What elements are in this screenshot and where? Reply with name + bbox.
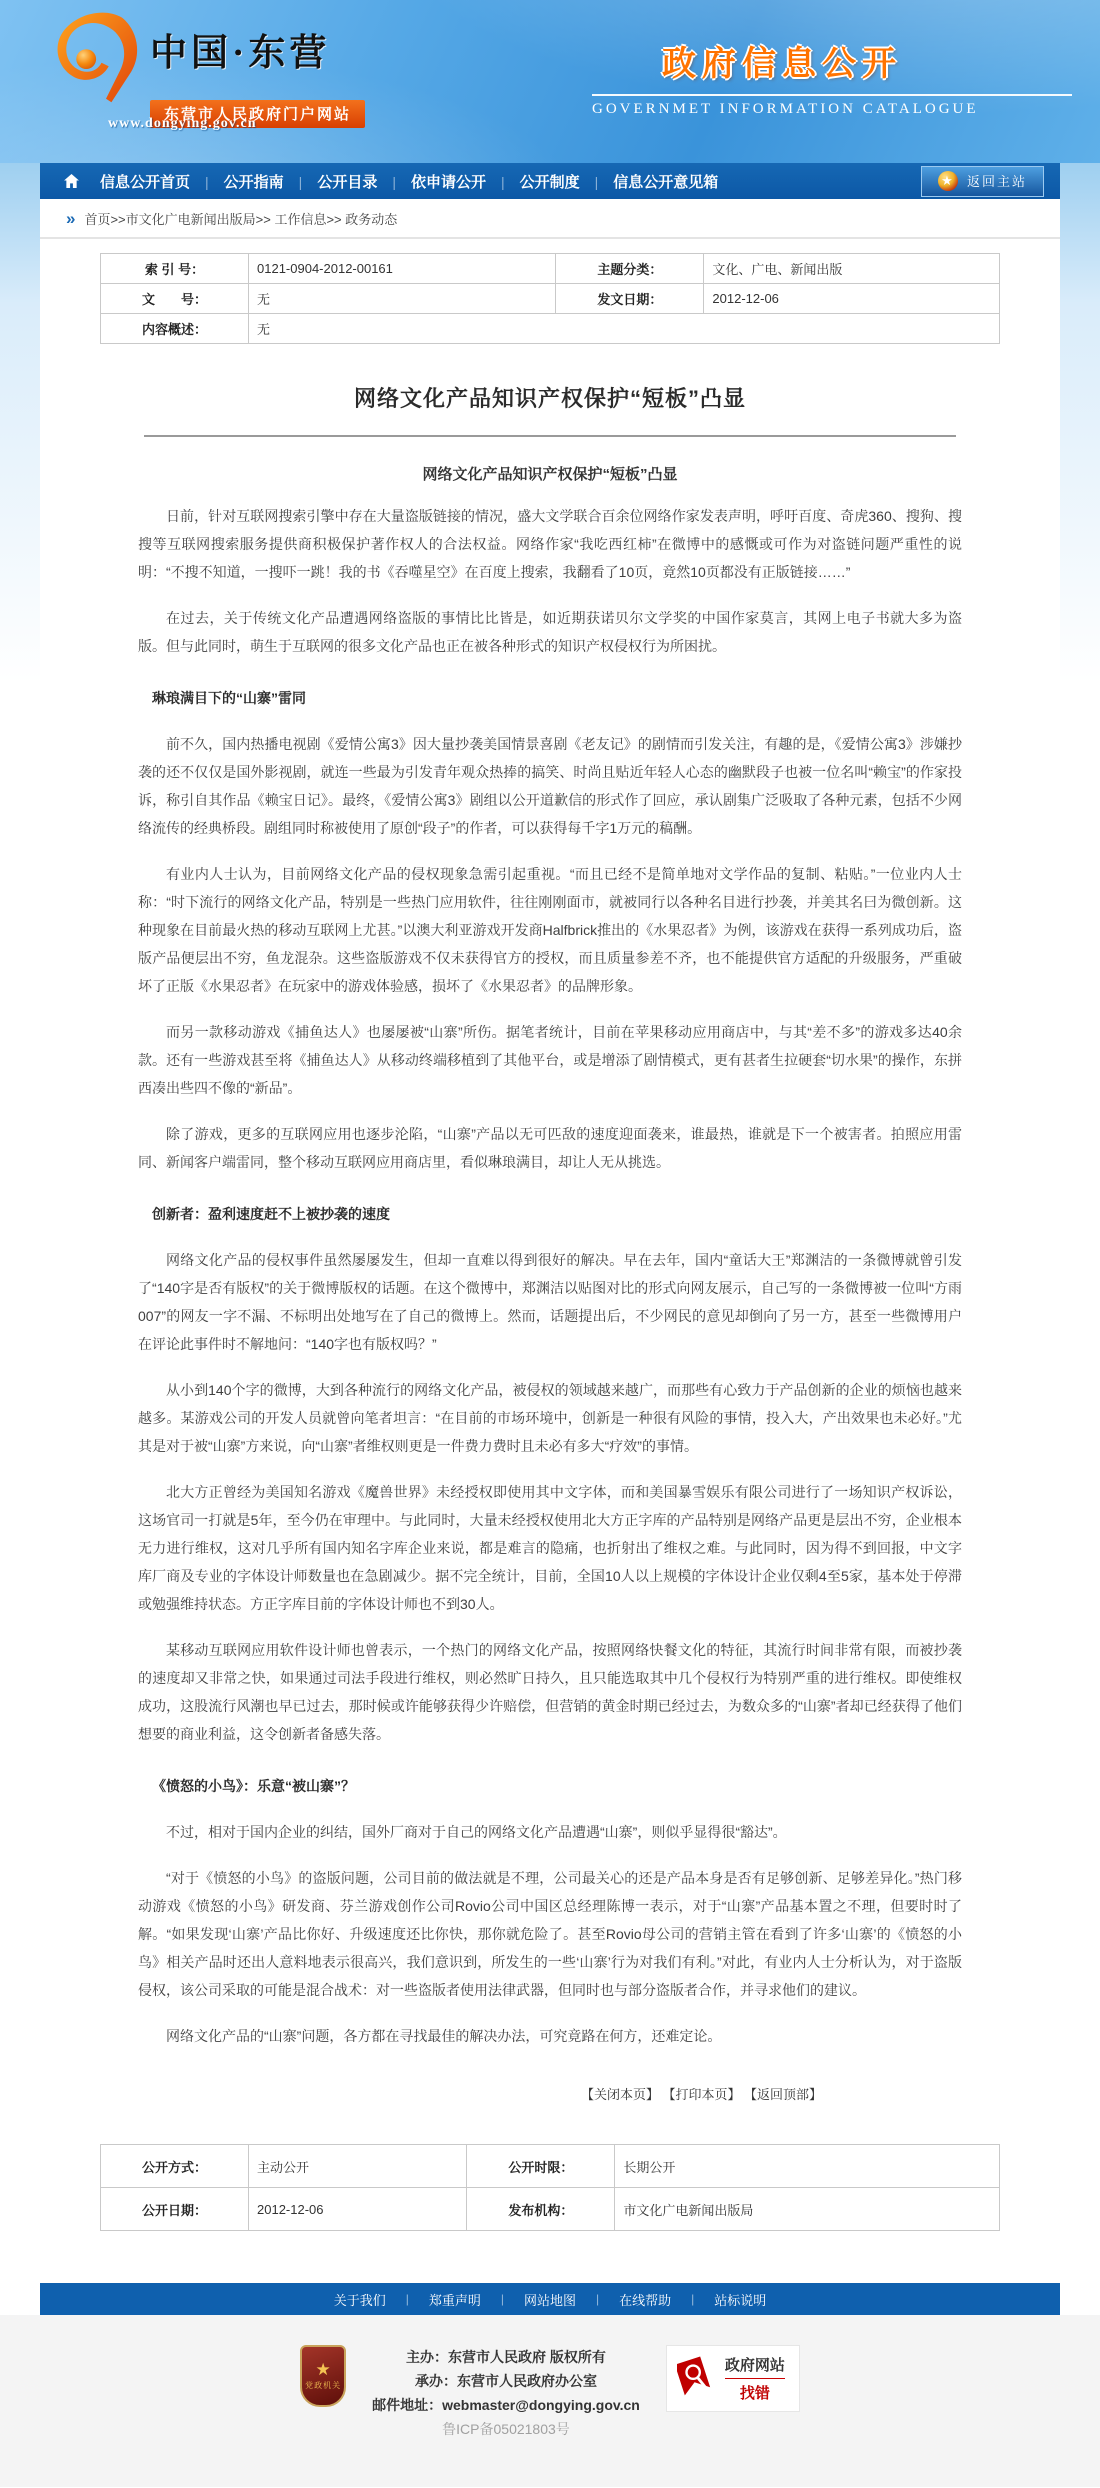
meta-label: 公开时限：	[467, 2145, 615, 2188]
breadcrumb-path[interactable]: 首页>>市文化广电新闻出版局>> 工作信息>> 政务动态	[84, 209, 397, 228]
article-section-heading: 创新者：盈利速度赶不上被抄袭的速度	[138, 1200, 962, 1228]
article-subtitle: 网络文化产品知识产权保护“短板”凸显	[138, 463, 962, 484]
finderr-label-bottom: 找错	[725, 2379, 785, 2403]
national-emblem-icon: ★	[938, 171, 958, 191]
breadcrumb-marker-icon: »	[66, 210, 75, 227]
article-body: 日前，针对互联网搜索引擎中存在大量盗版链接的情况，盛大文学联合百余位网络作家发表…	[138, 502, 962, 2050]
meta-value: 2012-12-06	[249, 2188, 467, 2231]
article-paragraph: 北大方正曾经为美国知名游戏《魔兽世界》未经授权即使用其中文字体，而和美国暴雪娱乐…	[138, 1478, 962, 1618]
table-row: 公开日期：2012-12-06发布机构：市文化广电新闻出版局	[101, 2188, 1000, 2231]
article-paragraph: 不过，相对于国内企业的纠结，国外厂商对于自己的网络文化产品遭遇“山寨”，则似乎显…	[138, 1818, 962, 1846]
meta-label: 索 引 号：	[101, 254, 249, 284]
meta-value: 无	[249, 284, 556, 314]
party-government-shield-icon: ★ 党政机关	[300, 2345, 346, 2407]
title-divider	[144, 435, 956, 437]
home-icon[interactable]	[64, 174, 79, 188]
article-title: 网络文化产品知识产权保护“短板”凸显	[138, 382, 962, 413]
footer-organizer: 承办：东营市人民政府办公室	[372, 2369, 640, 2393]
meta-value: 0121-0904-2012-00161	[249, 254, 556, 284]
document-meta-table: 索 引 号：0121-0904-2012-00161主题分类：文化、广电、新闻出…	[100, 253, 1000, 344]
site-title: 中国·东营	[150, 22, 365, 76]
meta-label: 文 号：	[101, 284, 249, 314]
article-paragraph: 在过去，关于传统文化产品遭遇网络盗版的事情比比皆是，如近期获诺贝尔文学奖的中国作…	[138, 604, 962, 660]
article-paragraph: 而另一款移动游戏《捕鱼达人》也屡屡被“山寨”所伤。据笔者统计，目前在苹果移动应用…	[138, 1018, 962, 1102]
meta-value: 市文化广电新闻出版局	[615, 2188, 1000, 2231]
print-page-link[interactable]: 【打印本页】	[669, 2087, 741, 2102]
meta-value: 无	[249, 314, 1000, 344]
nav-item-6[interactable]: 信息公开意见箱	[598, 174, 733, 191]
nav-item-1[interactable]: 信息公开首页	[85, 174, 205, 191]
article-paragraph: 某移动互联网应用软件设计师也曾表示，一个热门的网络文化产品，按照网络快餐文化的特…	[138, 1636, 962, 1748]
meta-value: 2012-12-06	[704, 284, 1000, 314]
article-paragraph: 前不久，国内热播电视剧《爱情公寓3》因大量抄袭美国情景喜剧《老友记》的剧情而引发…	[138, 730, 962, 842]
meta-label: 公开方式：	[101, 2145, 249, 2188]
footer-sponsor: 主办：东营市人民政府 版权所有	[372, 2345, 640, 2369]
table-row: 文 号：无发文日期：2012-12-06	[101, 284, 1000, 314]
nav-item-2[interactable]: 公开指南	[209, 174, 299, 191]
meta-label: 发布机构：	[467, 2188, 615, 2231]
back-to-top-link[interactable]: 【返回顶部】	[750, 2087, 822, 2102]
footer-nav-item-4[interactable]: 在线帮助	[599, 2290, 691, 2309]
article-paragraph: 网络文化产品的“山寨”问题，各方都在寻找最佳的解决办法，可究竟路在何方，还难定论…	[138, 2022, 962, 2050]
table-row: 索 引 号：0121-0904-2012-00161主题分类：文化、广电、新闻出…	[101, 254, 1000, 284]
article-section-heading: 琳琅满目下的“山寨”雷同	[138, 684, 962, 712]
nav-item-3[interactable]: 公开目录	[302, 174, 392, 191]
header-banner: 中国·东营 东营市人民政府门户网站 www.dongying.gov.cn 政府…	[0, 0, 1100, 163]
article: 网络文化产品知识产权保护“短板”凸显 网络文化产品知识产权保护“短板”凸显 日前…	[40, 382, 1060, 2110]
article-paragraph: 有业内人士认为，目前网络文化产品的侵权现象急需引起重视。“而且已经不是简单地对文…	[138, 860, 962, 1000]
footer-nav-item-1[interactable]: 关于我们	[314, 2290, 406, 2309]
article-paragraph: 日前，针对互联网搜索引擎中存在大量盗版链接的情况，盛大文学联合百余位网络作家发表…	[138, 502, 962, 586]
meta-label: 内容概述：	[101, 314, 249, 344]
meta-label: 公开日期：	[101, 2188, 249, 2231]
close-page-link[interactable]: 【关闭本页】	[581, 2087, 659, 2102]
banner-subtitle: GOVERNMET INFORMATION CATALOGUE	[592, 101, 1072, 118]
footer-nav: 关于我们|郑重声明|网站地图|在线帮助|站标说明	[40, 2283, 1060, 2315]
nav-item-4[interactable]: 依申请公开	[396, 174, 501, 191]
main-nav: 信息公开首页|公开指南|公开目录|依申请公开|公开制度|信息公开意见箱 ★ 返回…	[40, 163, 1060, 199]
article-paragraph: 从小到140个字的微博，大到各种流行的网络文化产品，被侵权的领域越来越广，而那些…	[138, 1376, 962, 1460]
banner-title: 政府信息公开	[662, 36, 1072, 85]
shield-star-icon: ★	[315, 2361, 330, 2378]
breadcrumb: » 首页>>市文化广电新闻出版局>> 工作信息>> 政务动态	[40, 199, 1060, 239]
site-url: www.dongying.gov.cn	[108, 116, 257, 132]
meta-label: 发文日期：	[556, 284, 704, 314]
return-home-label: 返回主站	[967, 171, 1027, 190]
article-actions: 【关闭本页】【打印本页】【返回顶部】	[138, 2068, 962, 2110]
publication-meta-table: 公开方式：主动公开公开时限：长期公开公开日期：2012-12-06发布机构：市文…	[100, 2144, 1000, 2231]
nav-item-5[interactable]: 公开制度	[505, 174, 595, 191]
nav-menu: 信息公开首页|公开指南|公开目录|依申请公开|公开制度|信息公开意见箱	[85, 171, 733, 192]
footer-icp: 鲁ICP备05021803号	[372, 2417, 640, 2441]
table-row: 公开方式：主动公开公开时限：长期公开	[101, 2145, 1000, 2188]
footer-nav-item-3[interactable]: 网站地图	[504, 2290, 596, 2309]
article-paragraph: “对于《愤怒的小鸟》的盗版问题，公司目前的做法就是不理，公司最关心的还是产品本身…	[138, 1864, 962, 2004]
meta-value: 长期公开	[615, 2145, 1000, 2188]
footer-nav-item-2[interactable]: 郑重声明	[409, 2290, 501, 2309]
article-paragraph: 网络文化产品的侵权事件虽然屡屡发生，但却一直难以得到很好的解决。早在去年，国内“…	[138, 1246, 962, 1358]
article-section-heading: 《愤怒的小鸟》：乐意“被山寨”？	[138, 1772, 962, 1800]
footer-nav-item-5[interactable]: 站标说明	[694, 2290, 786, 2309]
return-home-button[interactable]: ★ 返回主站	[921, 166, 1044, 197]
meta-value: 文化、广电、新闻出版	[704, 254, 1000, 284]
finderr-label-top: 政府网站	[725, 2354, 785, 2379]
footer: ★ 党政机关 主办：东营市人民政府 版权所有 承办：东营市人民政府办公室 邮件地…	[0, 2315, 1100, 2487]
article-paragraph: 除了游戏，更多的互联网应用也逐步沦陷，“山寨”产品以无可匹敌的速度迎面袭来，谁最…	[138, 1120, 962, 1176]
meta-label: 主题分类：	[556, 254, 704, 284]
banner-divider	[592, 94, 1072, 96]
site-error-report-badge[interactable]: 政府网站 找错	[666, 2345, 800, 2412]
table-row: 内容概述：无	[101, 314, 1000, 344]
meta-value: 主动公开	[249, 2145, 467, 2188]
magnifier-icon	[677, 2356, 715, 2401]
footer-email: 邮件地址：webmaster@dongying.gov.cn	[372, 2393, 640, 2417]
shield-label: 党政机关	[305, 2380, 341, 2391]
content-wrapper: 信息公开首页|公开指南|公开目录|依申请公开|公开制度|信息公开意见箱 ★ 返回…	[40, 163, 1060, 2315]
dongying-logo-icon	[52, 12, 142, 113]
